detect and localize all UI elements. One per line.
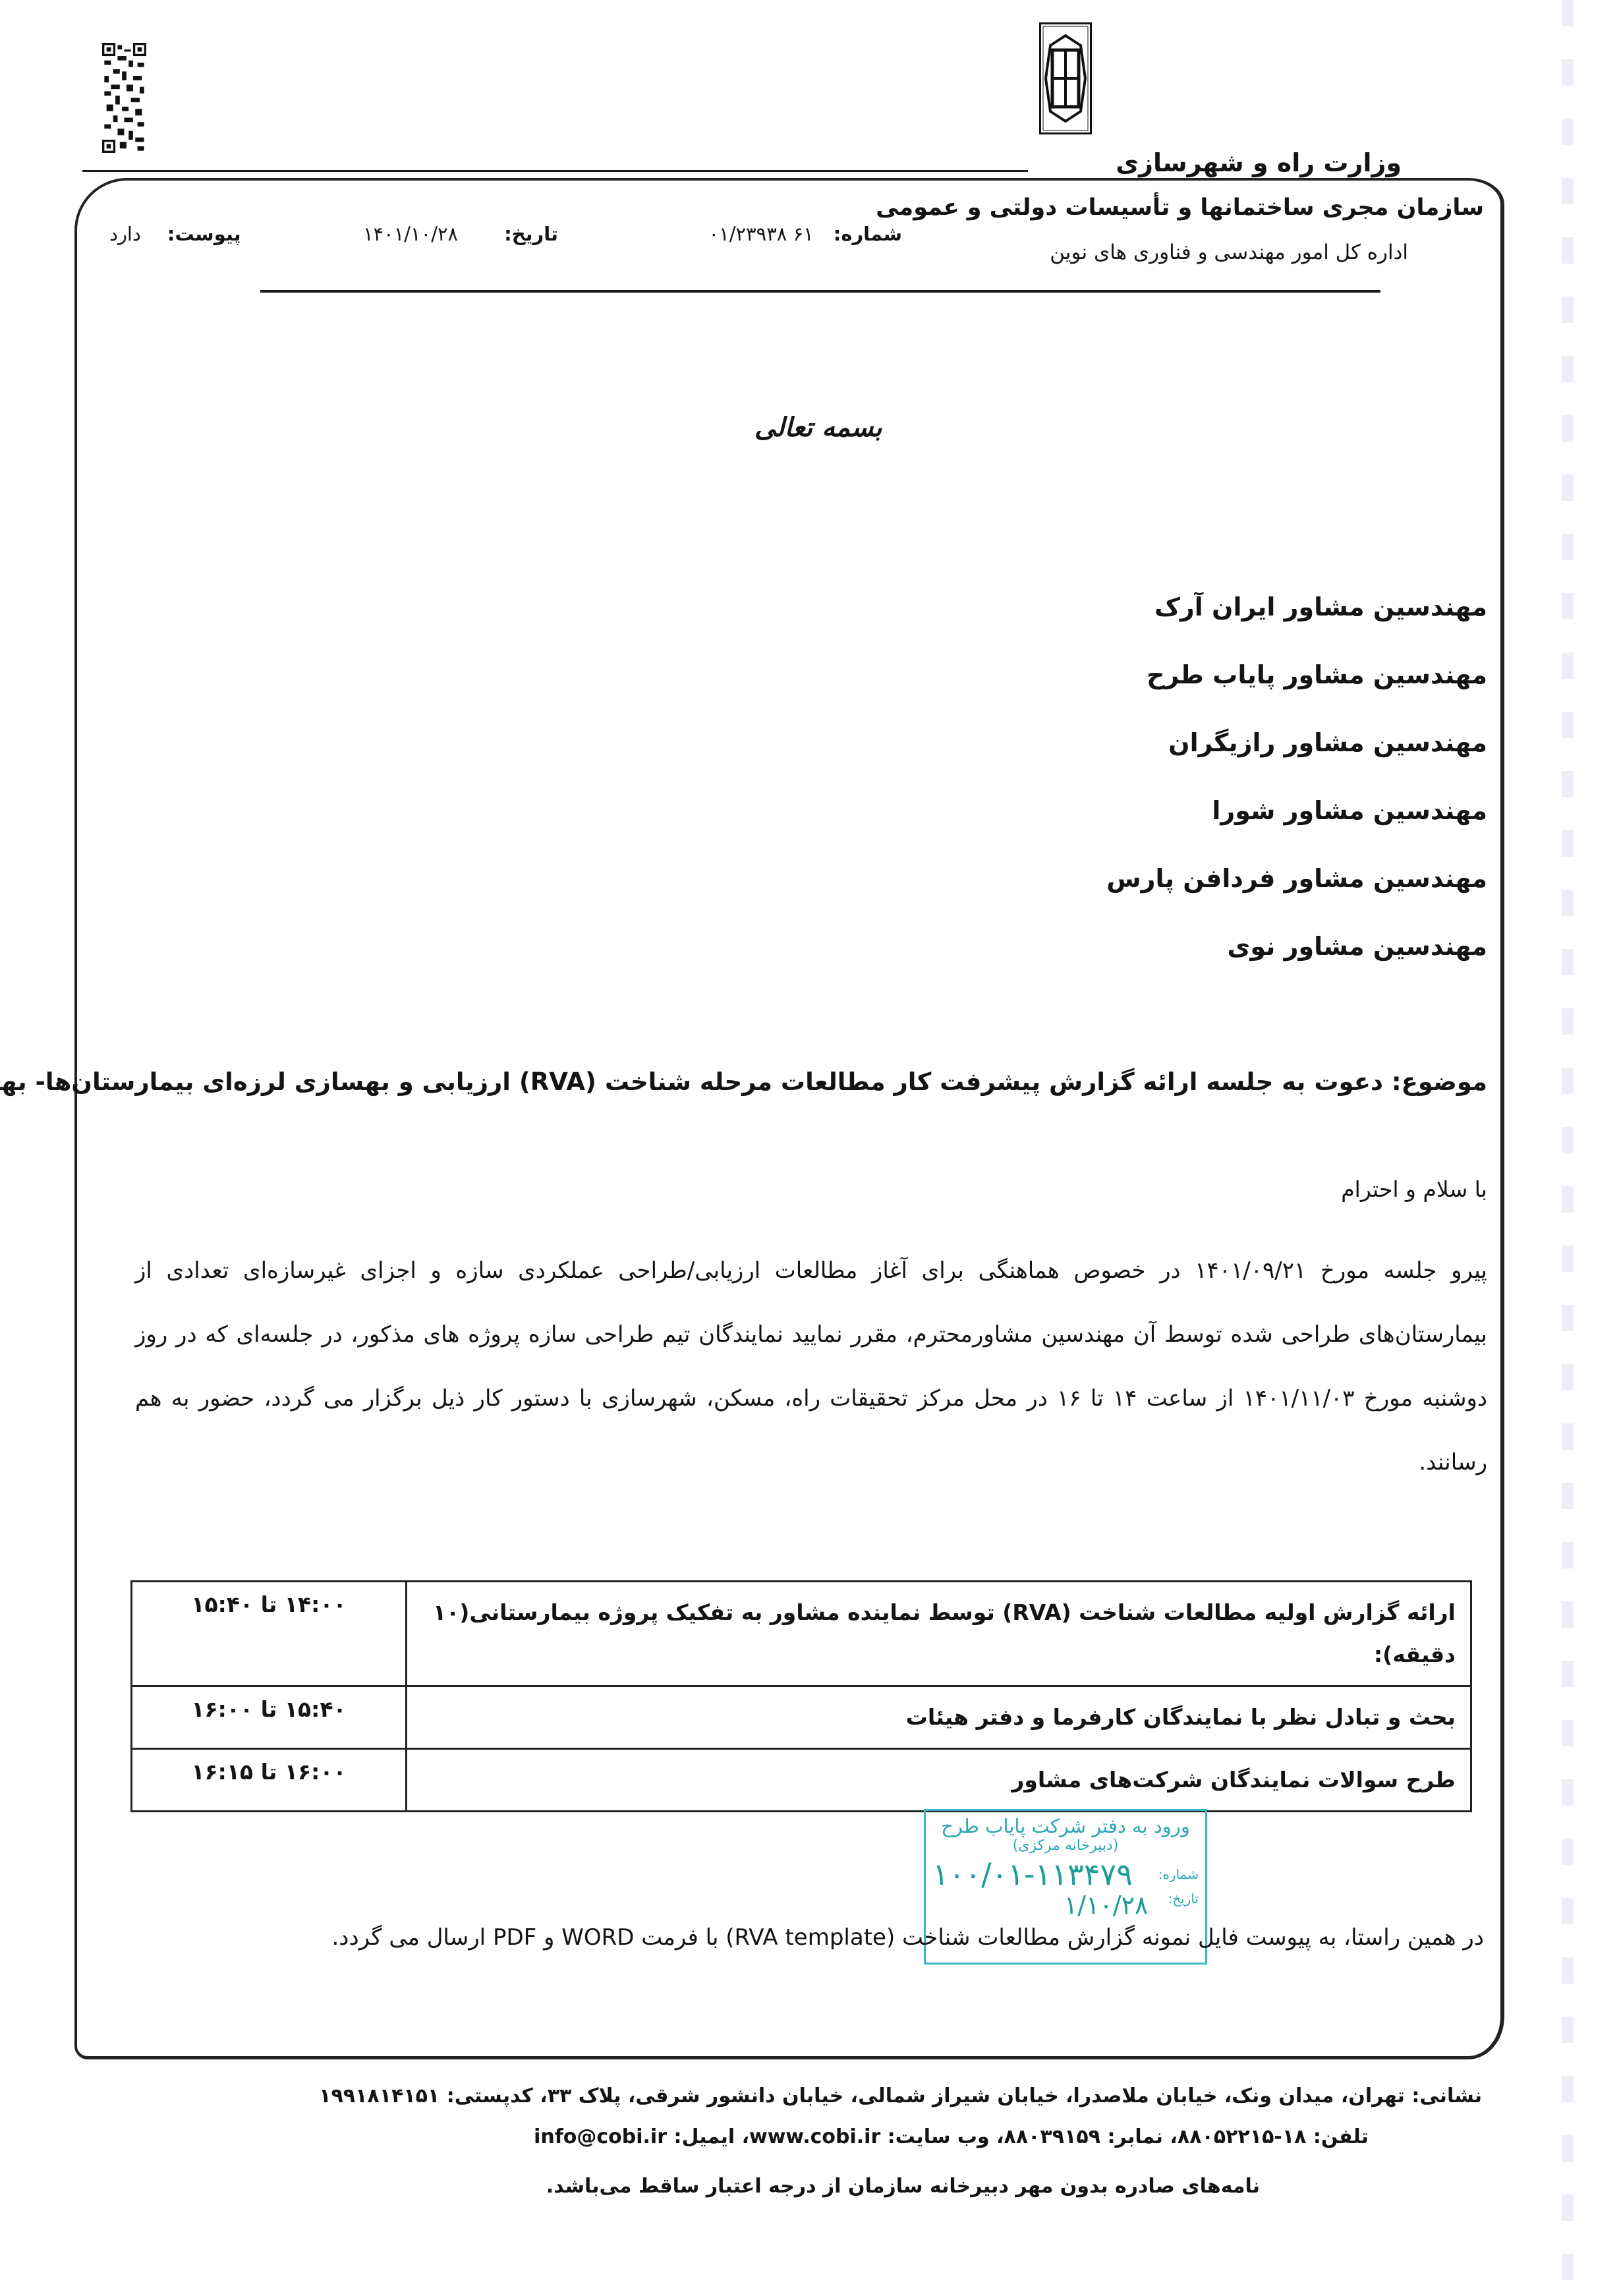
stamp-title: ورود به دفتر شرکت پایاب طرح <box>926 1815 1205 1837</box>
agenda-time: ۱۵:۴۰ تا ۱۶:۰۰ <box>132 1686 407 1749</box>
header-divider <box>82 170 1028 172</box>
table-row: طرح سوالات نمایندگان شرکت‌های مشاور ۱۶:۰… <box>132 1749 1471 1812</box>
footer-notice: نامه‌های صادره بدون مهر دبیرخانه سازمان … <box>546 2175 1260 2198</box>
letter-number: شماره: ۶۱ ۰۱/۲۳۹۳۸ <box>709 223 902 245</box>
agenda-time: ۱۶:۰۰ تا ۱۶:۱۵ <box>132 1749 407 1812</box>
agenda-table: ارائه گزارش اولیه مطالعات شناخت (RVA) تو… <box>130 1580 1472 1812</box>
letter-date: تاریخ: ۱۴۰۱/۱۰/۲۸ <box>363 223 558 245</box>
recipient: مهندسین مشاور نوی <box>1106 913 1487 981</box>
recipient: مهندسین مشاور شورا <box>1106 777 1487 845</box>
footer-contact: تلفن: ۱۸-۸۸۰۵۲۲۱۵، نمابر: ۸۸۰۳۹۱۵۹، وب س… <box>534 2125 1369 2148</box>
closing-paragraph: در همین راستا، به پیوست فایل نمونه گزارش… <box>148 1924 1484 1951</box>
table-row: ارائه گزارش اولیه مطالعات شناخت (RVA) تو… <box>132 1582 1471 1686</box>
subject-label: موضوع: <box>1392 1068 1487 1096</box>
scan-artifact-edge <box>1562 0 1574 2296</box>
body-paragraph: پیرو جلسه مورخ ۱۴۰۱/۰۹/۲۱ در خصوص هماهنگ… <box>135 1239 1487 1495</box>
stamp-date-label: تاریخ: <box>1168 1891 1199 1920</box>
table-row: بحث و تبادل نظر با نمایندگان کارفرما و د… <box>132 1686 1471 1749</box>
agenda-item: ارائه گزارش اولیه مطالعات شناخت (RVA) تو… <box>407 1582 1471 1686</box>
attachment-label: پیوست: <box>167 223 241 245</box>
letter-attachment: پیوست: دارد <box>109 223 241 245</box>
stamp-number-label: شماره: <box>1158 1866 1199 1882</box>
recipient-list: مهندسین مشاور ایران آرک مهندسین مشاور پا… <box>1106 573 1487 981</box>
number-value: ۶۱ ۰۱/۲۳۹۳۸ <box>709 223 814 245</box>
greeting: با سلام و احترام <box>1341 1176 1487 1202</box>
ministry-name: وزارت راه و شهرسازی <box>1116 148 1402 177</box>
qr-code-icon <box>102 43 146 153</box>
stamp-date-value: ۱/۱۰/۲۸ <box>1064 1891 1149 1920</box>
recipient: مهندسین مشاور ایران آرک <box>1106 573 1487 641</box>
number-label: شماره: <box>834 223 902 245</box>
stamp-subtitle: (دبیرخانه مرکزی) <box>926 1837 1205 1854</box>
recipient: مهندسین مشاور فردافن پارس <box>1106 845 1487 913</box>
attachment-value: دارد <box>109 223 141 245</box>
agenda-item: بحث و تبادل نظر با نمایندگان کارفرما و د… <box>407 1686 1471 1749</box>
bismillah-heading: بسمه تعالی <box>754 412 882 443</box>
frame-inner-divider <box>260 290 1380 293</box>
date-label: تاریخ: <box>504 223 558 245</box>
recipient: مهندسین مشاور رازیگران <box>1106 709 1487 777</box>
agenda-time: ۱۴:۰۰ تا ۱۵:۴۰ <box>132 1582 407 1686</box>
recipient: مهندسین مشاور پایاب طرح <box>1106 641 1487 709</box>
window-emblem-icon <box>1039 22 1092 134</box>
subject-text: دعوت به جلسه ارائه گزارش پیشرفت کار مطال… <box>0 1068 1383 1096</box>
footer-address: نشانی: تهران، میدان ونک، خیابان ملاصدرا،… <box>319 2084 1482 2108</box>
agenda-item: طرح سوالات نمایندگان شرکت‌های مشاور <box>407 1749 1471 1812</box>
date-value: ۱۴۰۱/۱۰/۲۸ <box>363 223 458 245</box>
subject-line: موضوع: دعوت به جلسه ارائه گزارش پیشرفت ک… <box>119 1068 1487 1096</box>
stamp-number-value: ۱۰۰/۰۱-۱۱۳۴۷۹ <box>932 1856 1133 1892</box>
